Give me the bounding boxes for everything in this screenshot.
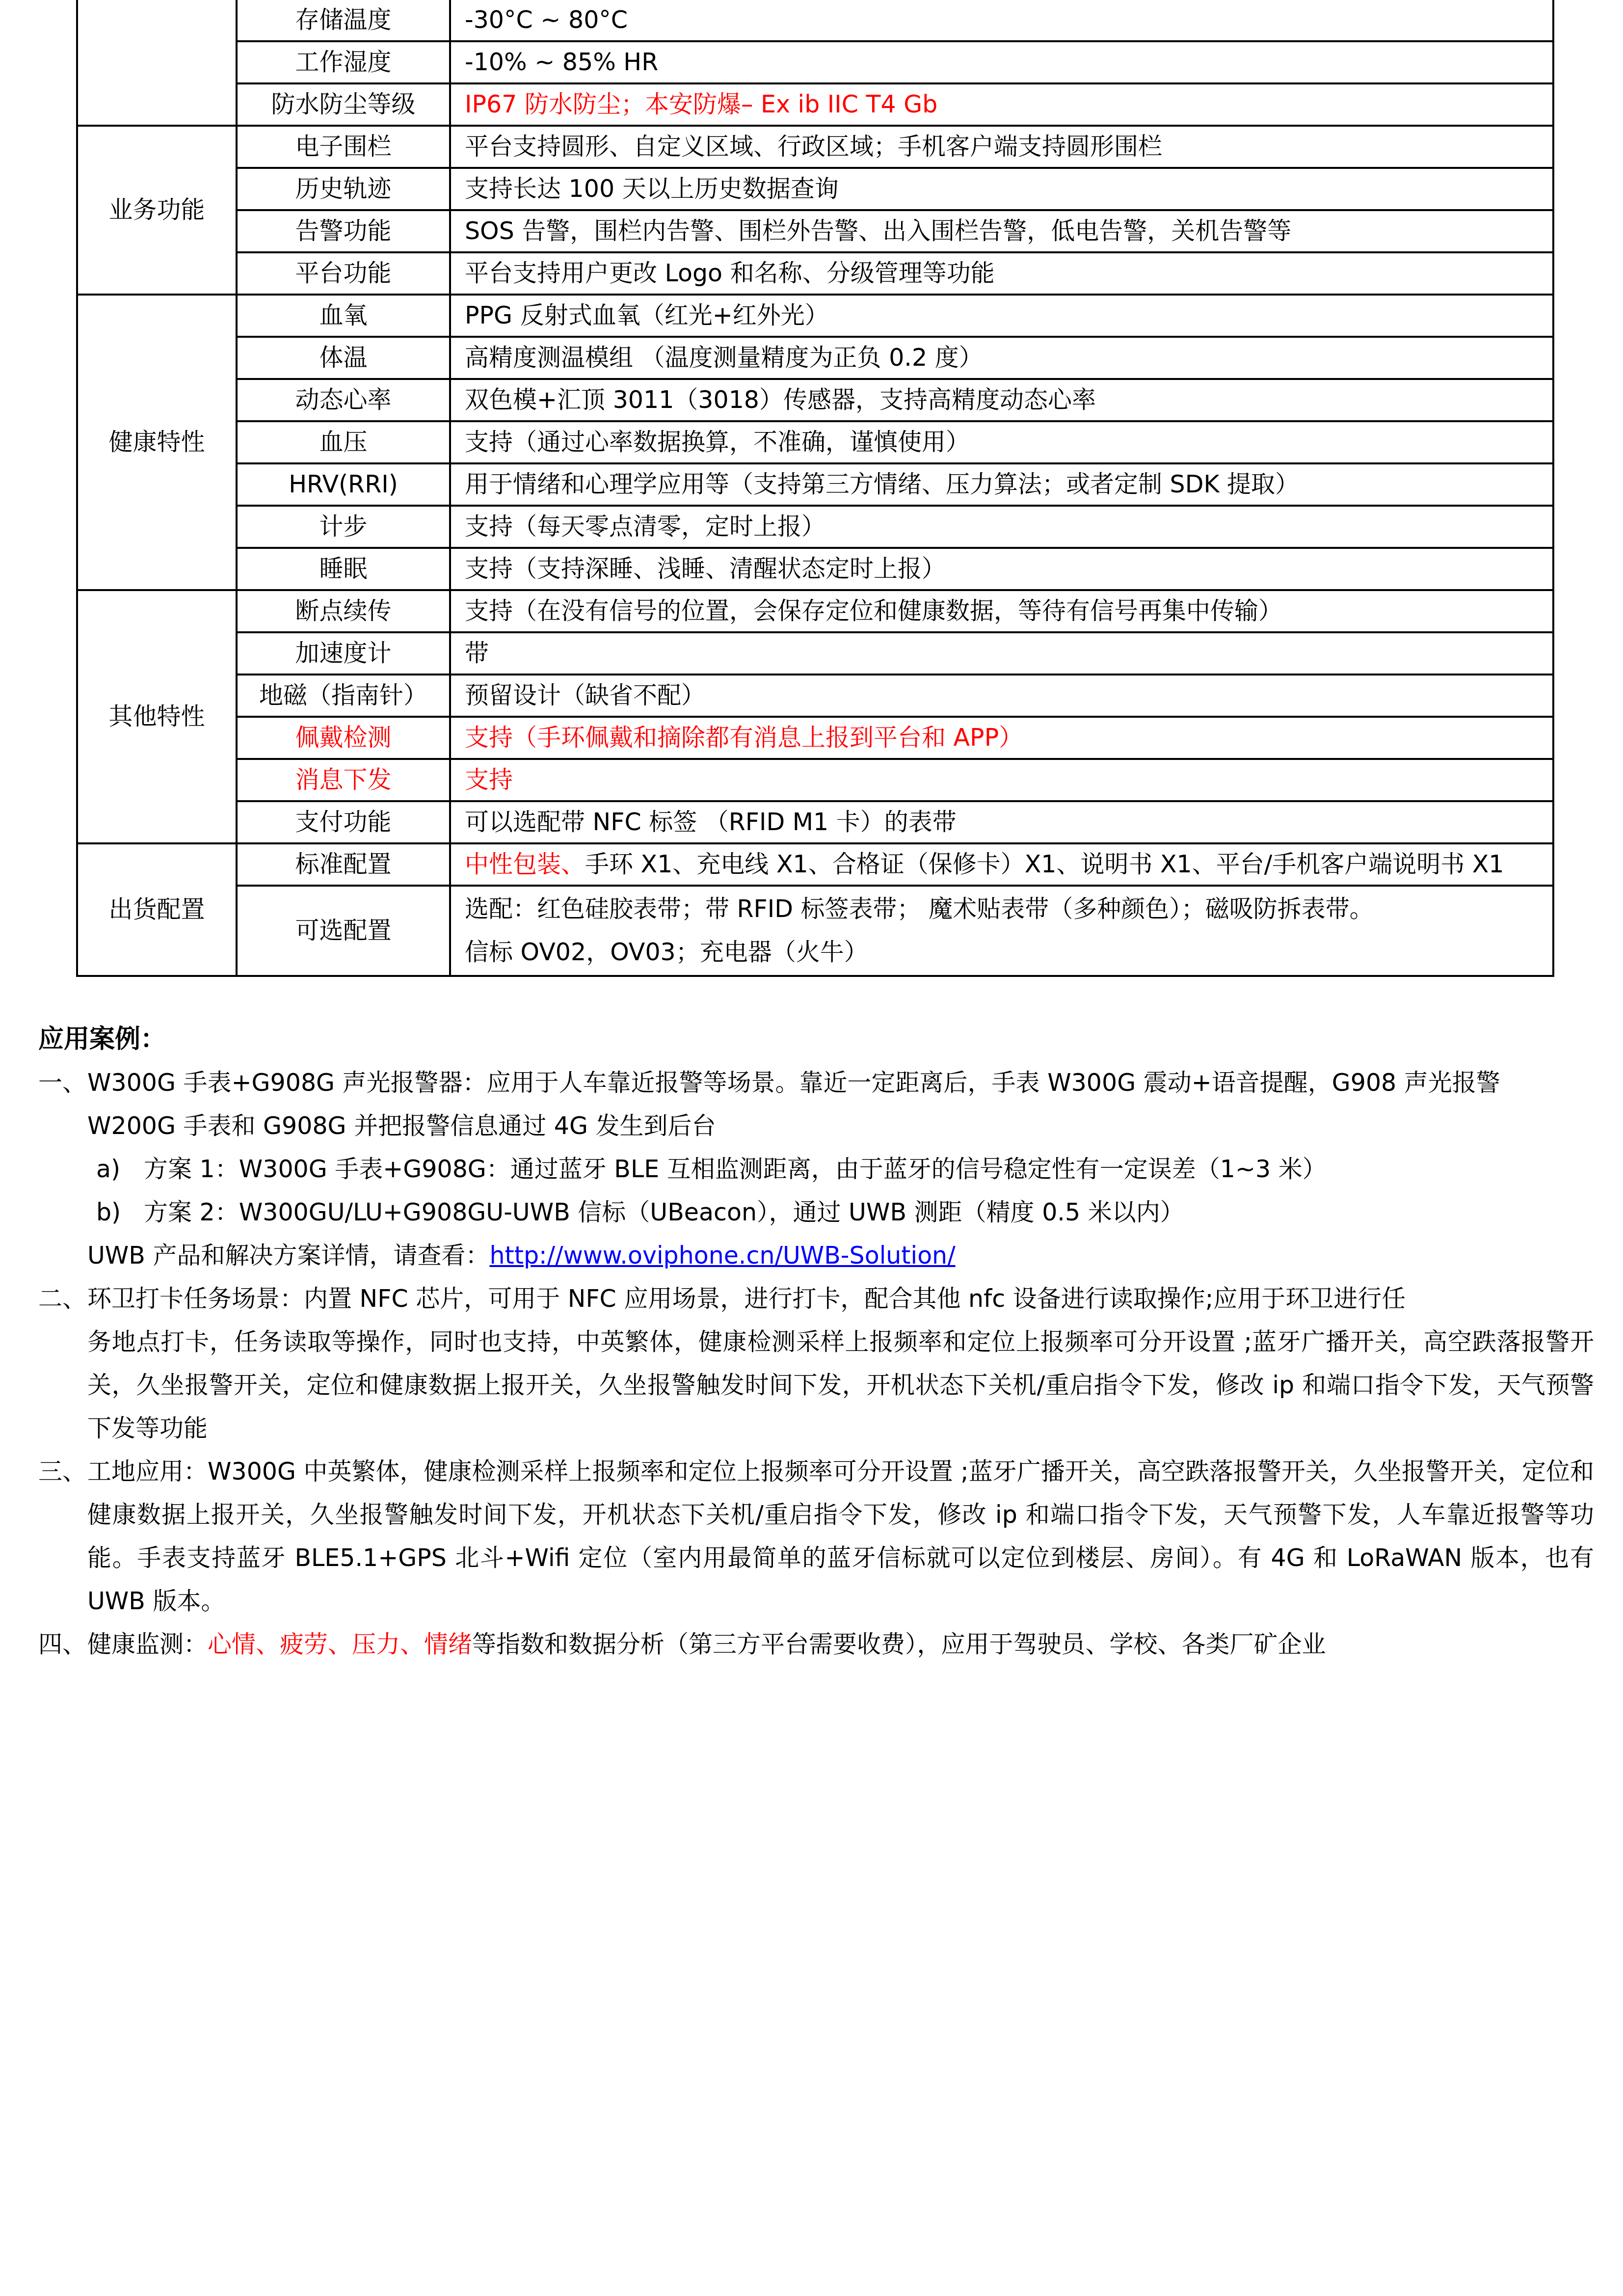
table-row: 地磁（指南针）预留设计（缺省不配） — [77, 675, 1553, 717]
item-cell: 可选配置 — [237, 886, 450, 976]
item-cell: 历史轨迹 — [237, 168, 450, 210]
value-cell: 带 — [450, 632, 1553, 675]
table-row: 体温高精度测温模组 （温度测量精度为正负 0.2 度） — [77, 337, 1553, 379]
value-cell: 支持长达 100 天以上历史数据查询 — [450, 168, 1553, 210]
item-cell: 佩戴检测 — [237, 717, 450, 759]
item-cell: 平台功能 — [237, 252, 450, 295]
case-1-option-a: a)方案 1：W300G 手表+G908G：通过蓝牙 BLE 互相监测距离，由于… — [87, 1148, 1594, 1191]
item-cell: 断点续传 — [237, 590, 450, 632]
case-text: 健康监测：心情、疲劳、压力、情绪等指数和数据分析（第三方平台需要收费），应用于驾… — [87, 1623, 1594, 1666]
case-prefix: 健康监测： — [87, 1630, 208, 1658]
highlighted-indices: 心情、疲劳、压力、情绪 — [208, 1630, 472, 1658]
item-cell: 地磁（指南针） — [237, 675, 450, 717]
item-cell: 血压 — [237, 421, 450, 463]
case-text: 务地点打卡，任务读取等操作，同时也支持，中英繁体，健康检测采样上报频率和定位上报… — [87, 1321, 1594, 1450]
table-row: 计步支持（每天零点清零，定时上报） — [77, 506, 1553, 548]
value-cell: 高精度测温模组 （温度测量精度为正负 0.2 度） — [450, 337, 1553, 379]
table-row: 动态心率双色模+汇顶 3011（3018）传感器，支持高精度动态心率 — [77, 379, 1553, 421]
value-cell: 选配：红色硅胶表带；带 RFID 标签表带； 魔术贴表带（多种颜色）；磁吸防拆表… — [450, 886, 1553, 976]
case-number: 一、 — [38, 1061, 86, 1105]
category-cell: 健康特性 — [77, 295, 237, 590]
value-cell: 支持 — [450, 759, 1553, 801]
category-cell: 业务功能 — [77, 126, 237, 295]
option-letter: b) — [87, 1191, 144, 1234]
value-cell: 平台支持圆形、自定义区域、行政区域；手机客户端支持圆形围栏 — [450, 126, 1553, 168]
category-cell: 其他特性 — [77, 590, 237, 843]
case-number: 四、 — [38, 1623, 86, 1666]
item-cell: 动态心率 — [237, 379, 450, 421]
value-cell: 支持（手环佩戴和摘除都有消息上报到平台和 APP） — [450, 717, 1553, 759]
table-row: 平台功能平台支持用户更改 Logo 和名称、分级管理等功能 — [77, 252, 1553, 295]
table-row: 历史轨迹支持长达 100 天以上历史数据查询 — [77, 168, 1553, 210]
table-row: 健康特性血氧PPG 反射式血氧（红光+红外光） — [77, 295, 1553, 337]
value-text: 手环 X1、充电线 X1、合格证（保修卡）X1、说明书 X1、平台/手机客户端说… — [585, 850, 1504, 878]
item-cell: 存储温度 — [237, 0, 450, 41]
item-cell: 支付功能 — [237, 801, 450, 843]
option-text: 方案 1：W300G 手表+G908G：通过蓝牙 BLE 互相监测距离，由于蓝牙… — [144, 1155, 1327, 1183]
table-row: 睡眠支持（支持深睡、浅睡、清醒状态定时上报） — [77, 548, 1553, 590]
cases-heading: 应用案例： — [38, 1017, 1594, 1061]
case-2: 二、 环卫打卡任务场景：内置 NFC 芯片，可用于 NFC 应用场景，进行打卡，… — [38, 1277, 1594, 1450]
table-row: 血压支持（通过心率数据换算，不准确，谨慎使用） — [77, 421, 1553, 463]
case-number: 三、 — [38, 1450, 86, 1493]
value-cell: PPG 反射式血氧（红光+红外光） — [450, 295, 1553, 337]
value-cell: 支持（在没有信号的位置，会保存定位和健康数据，等待有信号再集中传输） — [450, 590, 1553, 632]
case-number: 二、 — [38, 1277, 86, 1321]
case-1-option-b: b)方案 2：W300GU/LU+G908GU-UWB 信标（UBeacon），… — [87, 1191, 1594, 1234]
item-cell: 睡眠 — [237, 548, 450, 590]
uwb-solution-link[interactable]: http://www.oviphone.cn/UWB-Solution/ — [490, 1242, 956, 1270]
case-text-line1: 环卫打卡任务场景：内置 NFC 芯片，可用于 NFC 应用场景，进行打卡，配合其… — [87, 1277, 1594, 1321]
case-1: 一、 W300G 手表+G908G 声光报警器：应用于人车靠近报警等场景。靠近一… — [38, 1061, 1594, 1277]
item-cell: 血氧 — [237, 295, 450, 337]
value-cell: 支持（通过心率数据换算，不准确，谨慎使用） — [450, 421, 1553, 463]
value-line: 信标 OV02，OV03；充电器（火牛） — [465, 931, 1539, 974]
value-cell: IP67 防水防尘；本安防爆– Ex ib IIC T4 Gb — [450, 83, 1553, 126]
value-cell: -30°C ~ 80°C — [450, 0, 1553, 41]
value-cell: 中性包装、手环 X1、充电线 X1、合格证（保修卡）X1、说明书 X1、平台/手… — [450, 843, 1553, 886]
value-cell: SOS 告警，围栏内告警、围栏外告警、出入围栏告警，低电告警，关机告警等 — [450, 210, 1553, 252]
item-cell: 加速度计 — [237, 632, 450, 675]
case-text: 工地应用：W300G 中英繁体，健康检测采样上报频率和定位上报频率可分开设置 ;… — [87, 1450, 1594, 1623]
item-cell: 标准配置 — [237, 843, 450, 886]
table-row: 支付功能可以选配带 NFC 标签 （RFID M1 卡）的表带 — [77, 801, 1553, 843]
item-cell: 消息下发 — [237, 759, 450, 801]
case-4: 四、 健康监测：心情、疲劳、压力、情绪等指数和数据分析（第三方平台需要收费），应… — [38, 1623, 1594, 1666]
item-cell: HRV(RRI) — [237, 463, 450, 506]
category-cell — [77, 0, 237, 126]
uwb-link-line: UWB 产品和解决方案详情，请查看：http://www.oviphone.cn… — [87, 1234, 1594, 1277]
table-row: 防水防尘等级IP67 防水防尘；本安防爆– Ex ib IIC T4 Gb — [77, 83, 1553, 126]
item-cell: 防水防尘等级 — [237, 83, 450, 126]
item-cell: 计步 — [237, 506, 450, 548]
value-cell: 支持（支持深睡、浅睡、清醒状态定时上报） — [450, 548, 1553, 590]
application-cases: 应用案例： 一、 W300G 手表+G908G 声光报警器：应用于人车靠近报警等… — [38, 1017, 1594, 1666]
case-text: W300G 手表+G908G 声光报警器：应用于人车靠近报警等场景。靠近一定距离… — [87, 1061, 1594, 1148]
value-cell: -10% ~ 85% HR — [450, 41, 1553, 83]
case-3: 三、 工地应用：W300G 中英繁体，健康检测采样上报频率和定位上报频率可分开设… — [38, 1450, 1594, 1623]
item-cell: 体温 — [237, 337, 450, 379]
item-cell: 告警功能 — [237, 210, 450, 252]
option-text: 方案 2：W300GU/LU+G908GU-UWB 信标（UBeacon），通过… — [144, 1198, 1184, 1226]
case-suffix: 等指数和数据分析（第三方平台需要收费），应用于驾驶员、学校、各类厂矿企业 — [472, 1630, 1326, 1658]
table-row: 工作湿度-10% ~ 85% HR — [77, 41, 1553, 83]
value-line: 选配：红色硅胶表带；带 RFID 标签表带； 魔术贴表带（多种颜色）；磁吸防拆表… — [465, 888, 1539, 931]
item-cell: 工作湿度 — [237, 41, 450, 83]
table-row: 可选配置选配：红色硅胶表带；带 RFID 标签表带； 魔术贴表带（多种颜色）；磁… — [77, 886, 1553, 976]
spec-table: 存储温度-30°C ~ 80°C工作湿度-10% ~ 85% HR防水防尘等级I… — [76, 0, 1554, 977]
value-cell: 可以选配带 NFC 标签 （RFID M1 卡）的表带 — [450, 801, 1553, 843]
table-row: 消息下发支持 — [77, 759, 1553, 801]
value-cell: 双色模+汇顶 3011（3018）传感器，支持高精度动态心率 — [450, 379, 1553, 421]
table-row: 出货配置标准配置中性包装、手环 X1、充电线 X1、合格证（保修卡）X1、说明书… — [77, 843, 1553, 886]
value-cell: 平台支持用户更改 Logo 和名称、分级管理等功能 — [450, 252, 1553, 295]
value-cell: 预留设计（缺省不配） — [450, 675, 1553, 717]
value-prefix: 中性包装、 — [465, 850, 585, 878]
table-row: 其他特性断点续传支持（在没有信号的位置，会保存定位和健康数据，等待有信号再集中传… — [77, 590, 1553, 632]
value-cell: 支持（每天零点清零，定时上报） — [450, 506, 1553, 548]
table-row: 告警功能SOS 告警，围栏内告警、围栏外告警、出入围栏告警，低电告警，关机告警等 — [77, 210, 1553, 252]
table-row: HRV(RRI)用于情绪和心理学应用等（支持第三方情绪、压力算法；或者定制 SD… — [77, 463, 1553, 506]
item-cell: 电子围栏 — [237, 126, 450, 168]
table-row: 佩戴检测支持（手环佩戴和摘除都有消息上报到平台和 APP） — [77, 717, 1553, 759]
link-label: UWB 产品和解决方案详情，请查看： — [87, 1242, 490, 1270]
table-row: 存储温度-30°C ~ 80°C — [77, 0, 1553, 41]
table-row: 业务功能电子围栏平台支持圆形、自定义区域、行政区域；手机客户端支持圆形围栏 — [77, 126, 1553, 168]
value-cell: 用于情绪和心理学应用等（支持第三方情绪、压力算法；或者定制 SDK 提取） — [450, 463, 1553, 506]
category-cell: 出货配置 — [77, 843, 237, 976]
option-letter: a) — [87, 1148, 144, 1191]
table-row: 加速度计带 — [77, 632, 1553, 675]
